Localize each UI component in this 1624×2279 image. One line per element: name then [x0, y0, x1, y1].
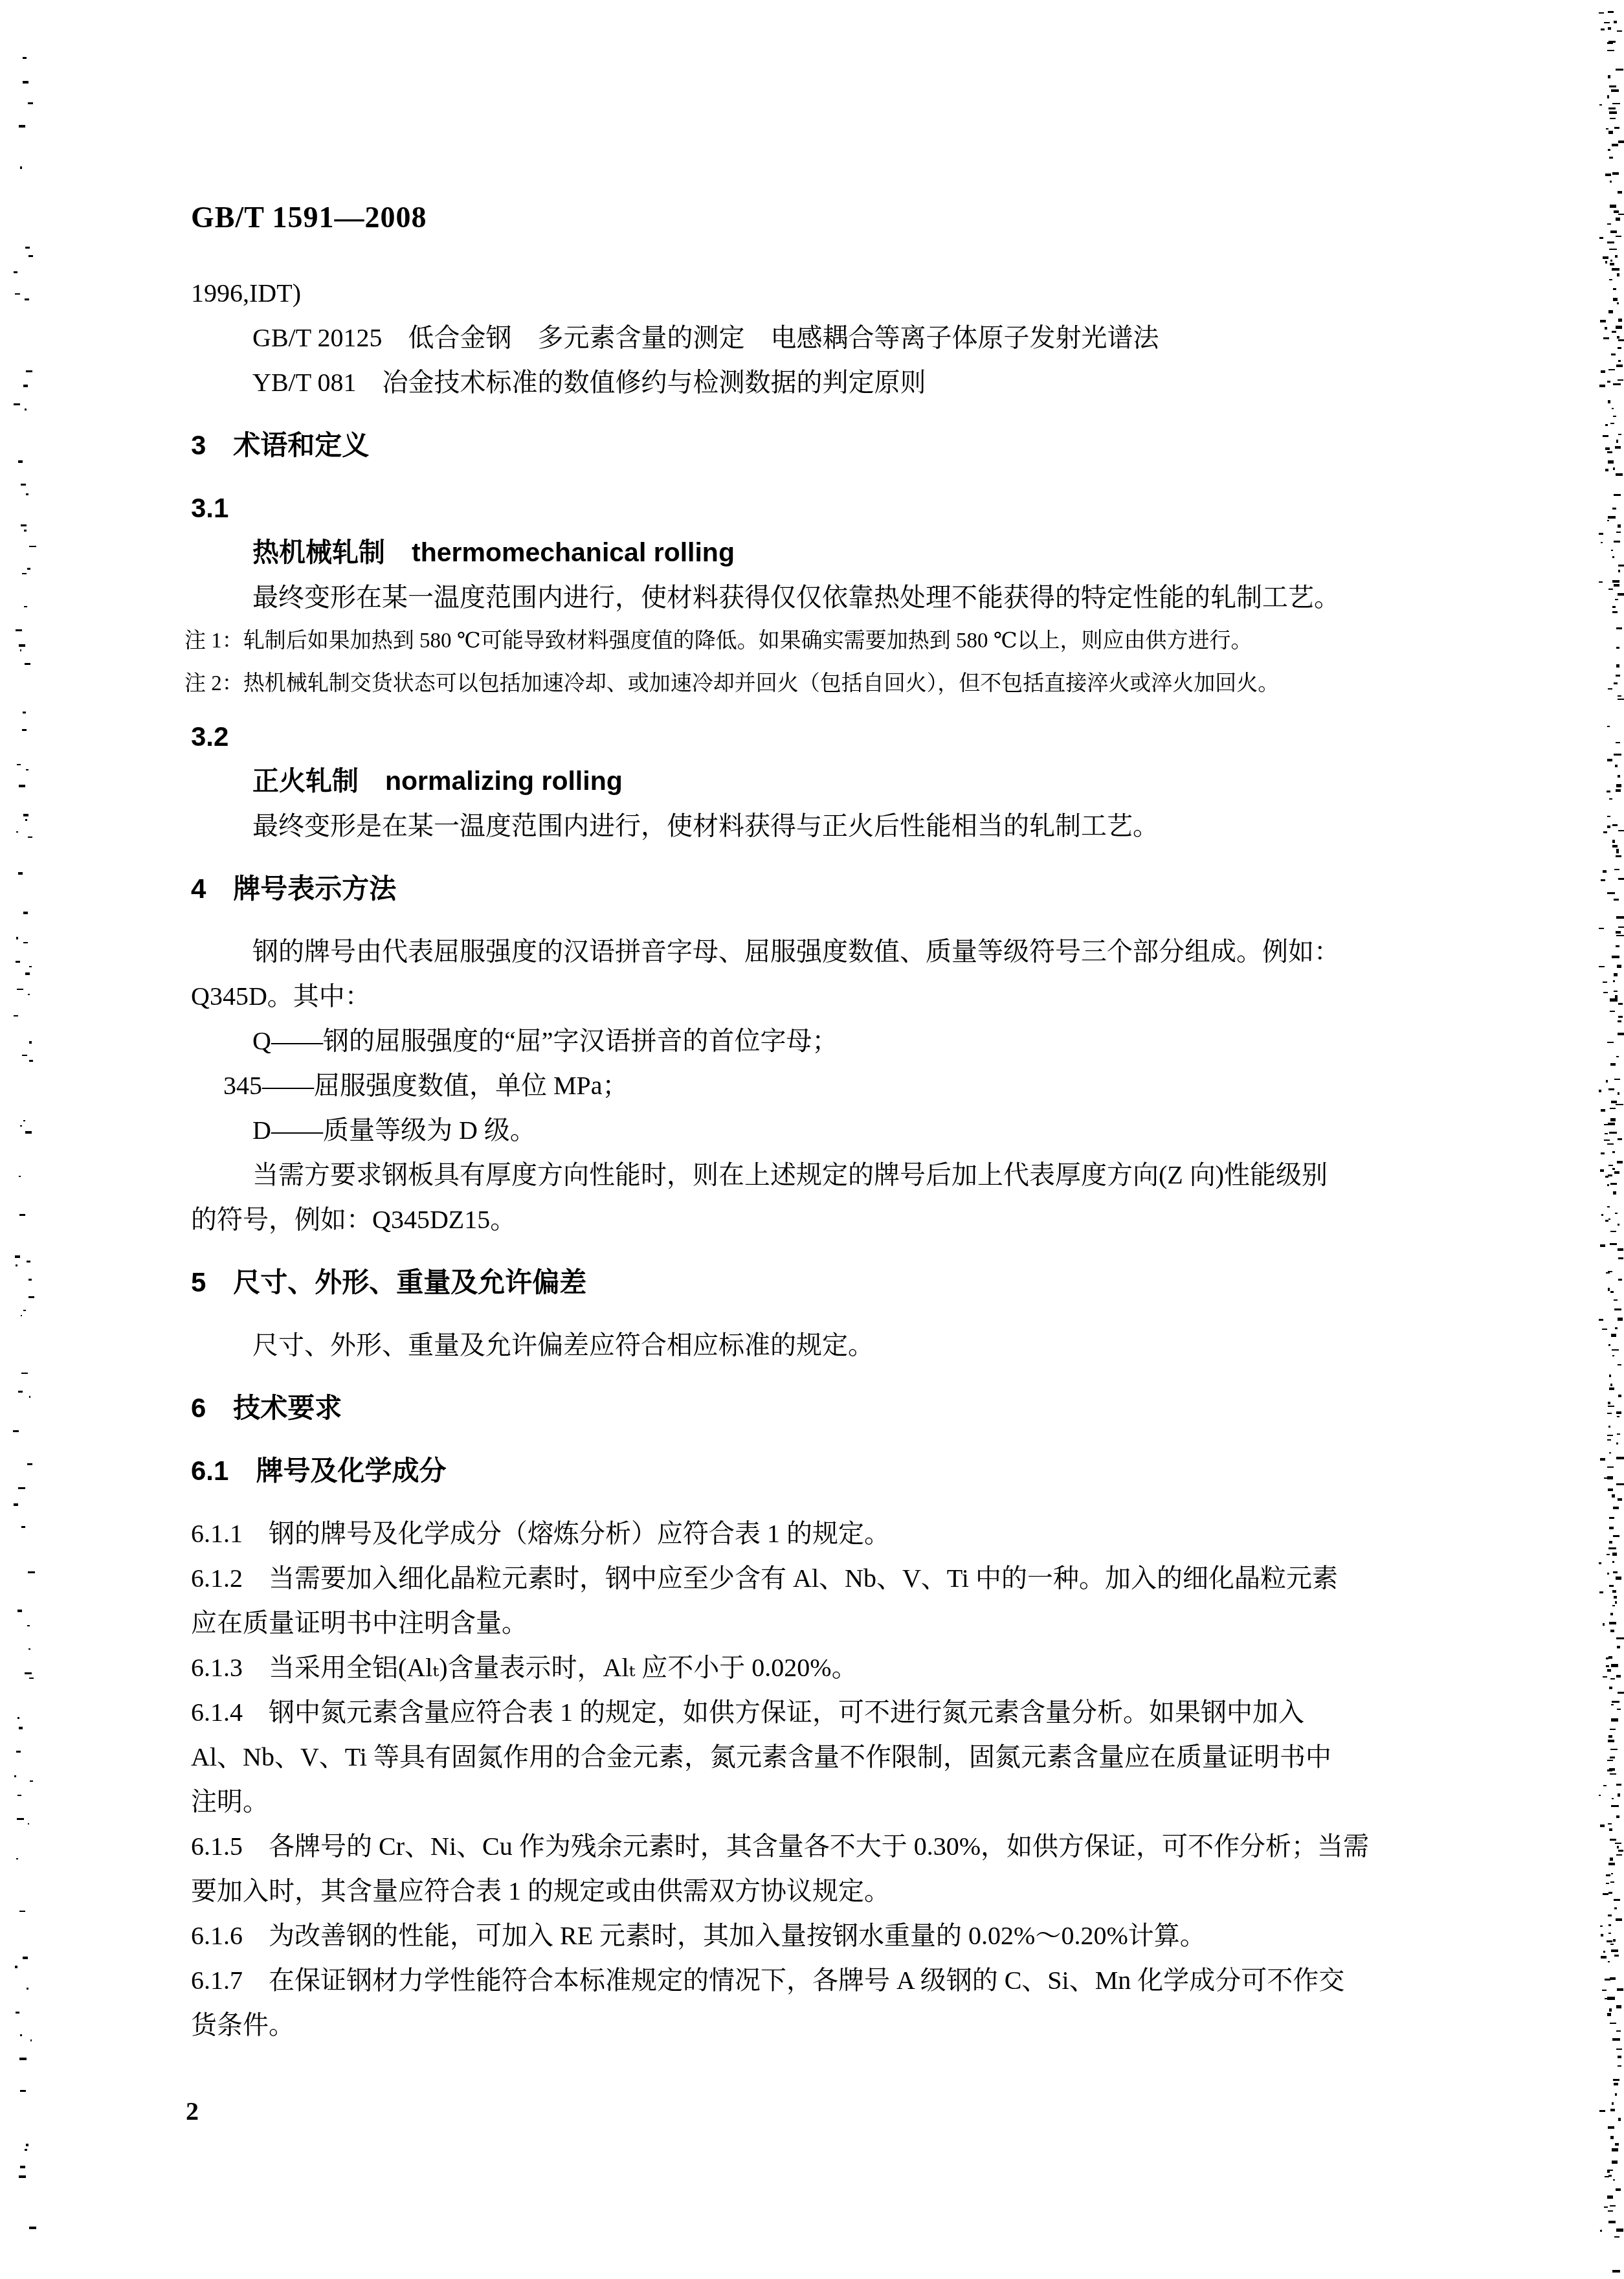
scan-noise-mark [25, 409, 27, 410]
term-normalizing-rolling: 正火轧制 normalizing rolling [191, 759, 1424, 803]
term-thermomechanical-rolling: 热机械轧制 thermomechanical rolling [191, 530, 1424, 575]
note-1: 注 1：轧制后如果加热到 580 ℃可能导致材料强度值的降低。如果确实需要加热到… [184, 620, 1424, 662]
scan-noise-mark [1616, 2228, 1623, 2232]
scan-noise-mark [1599, 2110, 1605, 2112]
scan-noise-mark [1617, 1846, 1619, 1848]
scan-noise-mark [1609, 1687, 1612, 1689]
scan-noise-mark [1616, 742, 1620, 743]
scan-noise-mark [1606, 1883, 1609, 1884]
scan-noise-mark [1613, 1571, 1618, 1573]
ref-ybt-081: YB/T 081 冶金技术标准的数值修约与检测数据的判定原则 [191, 360, 1424, 405]
scan-noise-mark [1605, 2176, 1609, 2177]
scan-noise-mark [1610, 1944, 1614, 1945]
scan-noise-mark [1608, 149, 1610, 151]
scan-noise-mark [1604, 1139, 1610, 1141]
scan-noise-mark [1618, 1257, 1623, 1259]
definition-normalizing-rolling: 最终变形是在某一温度范围内进行，使材料获得与正火后性能相当的轧制工艺。 [191, 803, 1424, 848]
scan-noise-mark [1608, 75, 1610, 78]
scan-noise-mark [25, 819, 27, 821]
scan-noise-mark [1607, 816, 1610, 817]
scan-noise-mark [1618, 1793, 1620, 1797]
scan-noise-mark [28, 1571, 35, 1573]
scan-noise-mark [1607, 2195, 1613, 2199]
scan-noise-mark [1616, 1443, 1618, 1444]
scan-noise-mark [1616, 1411, 1621, 1414]
scan-noise-mark [1616, 326, 1622, 329]
scan-noise-mark [1607, 1940, 1612, 1942]
scan-noise-mark [1615, 995, 1618, 998]
scan-noise-mark [1616, 647, 1619, 649]
scan-noise-mark [1616, 440, 1618, 443]
scan-noise-mark [1599, 928, 1604, 929]
scan-noise-mark [21, 484, 26, 486]
scan-noise-mark [1613, 288, 1616, 290]
scan-noise-mark [1614, 899, 1619, 901]
scan-noise-mark [1611, 354, 1616, 355]
scan-noise-mark [19, 1727, 23, 1729]
scan-noise-mark [14, 403, 20, 405]
scan-noise-mark [1612, 2102, 1614, 2105]
scan-noise-mark [1610, 1729, 1616, 1730]
clause-6-1-4-line-2: Al、Nb、V、Ti 等具有固氮作用的合金元素，氮元素含量不作限制，固氮元素含量… [191, 1735, 1424, 1779]
scan-noise-mark [1618, 1248, 1623, 1251]
scan-noise-mark [1605, 1176, 1608, 1178]
scan-noise-mark [19, 2175, 26, 2178]
scan-noise-mark [30, 1780, 33, 1782]
scan-noise-mark [14, 1775, 16, 1777]
scan-noise-mark [1607, 1997, 1615, 2000]
scan-noise-mark [1607, 1184, 1609, 1186]
scan-noise-mark [1618, 1016, 1623, 1018]
scan-noise-mark [1616, 1854, 1622, 1856]
scan-noise-mark [1608, 27, 1611, 30]
scan-noise-mark [1612, 331, 1616, 333]
scan-noise-mark [1609, 1622, 1616, 1624]
scan-noise-mark [1608, 369, 1615, 370]
scan-noise-mark [1616, 218, 1620, 221]
definition-thermomechanical-rolling: 最终变形在某一温度范围内进行，使材料获得仅仅依靠热处理不能获得的特定性能的轧制工… [191, 575, 1424, 620]
scan-noise-mark [1616, 931, 1621, 934]
scan-noise-mark [1612, 1798, 1614, 1799]
scan-noise-mark [1604, 1477, 1607, 1479]
scan-noise-mark [1606, 1657, 1608, 1659]
clause-6-1-5-line-1: 6.1.5 各牌号的 Cr、Ni、Cu 作为残余元素时，其含量各不大于 0.30… [191, 1824, 1424, 1869]
scan-noise-mark [1607, 1143, 1614, 1145]
scan-noise-mark [1616, 1483, 1624, 1485]
scan-noise-mark [1615, 2143, 1619, 2146]
scan-noise-mark [14, 1015, 18, 1016]
scanned-document-page: GB/T 1591—20081996,IDT)GB/T 20125 低合金钢 多… [0, 0, 1624, 2279]
scan-noise-mark [1616, 2049, 1622, 2050]
scan-noise-mark [1618, 926, 1624, 928]
scan-noise-mark [25, 1672, 32, 1674]
scan-noise-mark [14, 271, 17, 273]
scan-noise-mark [1610, 1384, 1612, 1386]
scan-noise-mark [18, 872, 23, 875]
scan-noise-mark [1610, 1839, 1616, 1841]
scan-noise-mark [1608, 1088, 1614, 1090]
scan-noise-mark [1599, 966, 1605, 967]
scan-noise-mark [1605, 447, 1610, 450]
scan-noise-mark [1618, 1092, 1619, 1095]
scan-noise-mark [1609, 1517, 1614, 1519]
scan-noise-mark [1607, 223, 1611, 225]
scan-noise-mark [1610, 118, 1616, 119]
scan-noise-mark [1608, 1924, 1611, 1926]
scan-noise-mark [14, 1503, 18, 1506]
scan-noise-mark [21, 1373, 28, 1374]
scan-noise-mark [1608, 2221, 1616, 2223]
scan-noise-mark [21, 524, 27, 526]
scan-noise-mark [1612, 2270, 1620, 2273]
scan-noise-mark [1606, 1874, 1610, 1876]
scan-noise-mark [1609, 1132, 1617, 1134]
scan-noise-mark [1614, 682, 1618, 684]
scan-noise-mark [1608, 1218, 1610, 1220]
scan-noise-mark [16, 937, 18, 939]
scan-noise-mark [1618, 1850, 1623, 1852]
scan-noise-mark [1599, 385, 1605, 387]
scan-noise-mark [1616, 1104, 1623, 1105]
scan-noise-mark [1612, 1701, 1619, 1703]
scan-noise-mark [16, 629, 22, 631]
scan-noise-mark [27, 1261, 30, 1263]
scan-noise-mark [1612, 1494, 1615, 1498]
scan-noise-mark [1611, 1664, 1618, 1667]
scan-noise-mark [20, 2034, 22, 2036]
scan-noise-mark [1610, 2109, 1615, 2111]
scan-noise-mark [1599, 1562, 1601, 1564]
scan-noise-mark [1610, 1858, 1613, 1861]
scan-noise-mark [1618, 565, 1624, 567]
scan-noise-mark [1617, 1416, 1619, 1417]
scan-noise-mark [1616, 664, 1619, 668]
scan-noise-mark [1614, 754, 1621, 756]
scan-noise-mark [1612, 840, 1615, 843]
scan-noise-mark [19, 2058, 27, 2060]
scan-noise-mark [1616, 1577, 1621, 1580]
scan-noise-mark [1612, 1561, 1614, 1563]
scan-noise-mark [1614, 127, 1619, 129]
scan-noise-mark [17, 1717, 19, 1719]
scan-noise-mark [1607, 520, 1609, 521]
scan-noise-mark [1615, 255, 1618, 258]
scan-noise-mark [23, 1310, 26, 1311]
scan-noise-mark [27, 1463, 32, 1465]
scan-noise-mark [1600, 1458, 1605, 1461]
scan-noise-mark [1615, 599, 1618, 600]
scan-noise-mark [1608, 688, 1612, 690]
scan-noise-mark [1603, 337, 1609, 339]
scan-noise-mark [1608, 589, 1613, 590]
scan-noise-mark [1605, 424, 1608, 426]
scan-noise-mark [1599, 1090, 1601, 1092]
scan-noise-mark [1610, 1243, 1617, 1245]
ref-gbt-20125: GB/T 20125 低合金钢 多元素含量的测定 电感耦合等离子体原子发射光谱法 [191, 315, 1424, 360]
scan-noise-mark [20, 2166, 25, 2168]
scan-noise-mark [26, 370, 32, 372]
scan-noise-mark [1610, 181, 1612, 183]
scan-noise-mark [1599, 1319, 1603, 1321]
scan-noise-mark [1609, 279, 1612, 280]
scan-noise-mark [1610, 1613, 1613, 1615]
scan-noise-mark [1607, 1435, 1613, 1436]
scan-noise-mark [19, 1176, 21, 1177]
scan-noise-mark [1610, 2205, 1616, 2206]
scan-noise-mark [15, 1966, 17, 1968]
scan-noise-mark [1617, 336, 1619, 339]
scan-noise-mark [1608, 1823, 1612, 1824]
scan-noise-mark [21, 1315, 22, 1316]
scan-noise-mark [1614, 2236, 1619, 2238]
scan-noise-mark [1618, 360, 1621, 362]
para-z-direction-line-1: 当需方要求钢板具有厚度方向性能时，则在上述规定的牌号后加上代表厚度方向(Z 向)… [191, 1152, 1424, 1197]
scan-noise-mark [1609, 1768, 1615, 1771]
scan-noise-mark [29, 546, 36, 547]
scan-noise-mark [1607, 241, 1614, 243]
scan-noise-mark [1613, 467, 1615, 470]
scan-noise-mark [1612, 408, 1614, 409]
scan-noise-mark [1609, 249, 1617, 250]
scan-noise-mark [1610, 263, 1614, 265]
scan-noise-mark [1616, 1815, 1619, 1818]
scan-noise-mark [1601, 1214, 1603, 1216]
scan-noise-mark [30, 2039, 32, 2041]
para-dimensions: 尺寸、外形、重量及允许偏差应符合相应标准的规定。 [191, 1323, 1424, 1367]
scan-noise-mark [27, 1988, 28, 1990]
scan-noise-mark [1618, 191, 1622, 194]
scan-noise-mark [1611, 89, 1619, 92]
scan-noise-mark [26, 769, 28, 770]
scan-noise-mark [1603, 1951, 1605, 1953]
scan-noise-mark [1612, 1553, 1617, 1556]
scan-noise-mark [1610, 1183, 1617, 1185]
scan-noise-mark [20, 166, 22, 169]
scan-noise-mark [16, 961, 20, 963]
scan-noise-mark [18, 460, 23, 463]
scan-noise-mark [1609, 798, 1612, 800]
scan-noise-mark [1612, 580, 1619, 583]
scan-noise-mark [1617, 302, 1619, 304]
scan-noise-mark [1618, 1279, 1622, 1281]
scan-noise-mark [28, 1296, 34, 1298]
section-4-heading: 4 牌号表示方法 [191, 866, 1424, 911]
scan-noise-mark [1614, 494, 1621, 496]
scan-noise-mark [1615, 1601, 1617, 1604]
scan-noise-mark [1612, 268, 1619, 271]
scan-noise-mark [1612, 2161, 1618, 2164]
scan-noise-mark [19, 1214, 25, 1216]
scan-noise-mark [1608, 1933, 1611, 1934]
scan-noise-mark [1616, 1637, 1624, 1639]
scan-noise-mark [1610, 1773, 1616, 1775]
scan-noise-mark [1607, 791, 1610, 792]
scan-noise-mark [25, 1131, 32, 1134]
scan-noise-mark [1614, 1171, 1619, 1174]
clause-6-1-4-line-1: 6.1.4 钢中氮元素含量应符合表 1 的规定，如供方保证，可不进行氮元素含量分… [191, 1690, 1424, 1735]
scan-noise-mark [1618, 2118, 1621, 2121]
scan-noise-mark [22, 729, 27, 731]
scan-noise-mark [28, 102, 33, 104]
scan-noise-mark [1607, 1206, 1610, 1207]
designation-item-q: Q——钢的屈服强度的“屈”字汉语拼音的首位字母； [191, 1018, 1424, 1063]
scan-noise-mark [1603, 1893, 1608, 1895]
scan-noise-mark [1616, 1056, 1619, 1057]
scan-noise-mark [1607, 1554, 1610, 1555]
scan-noise-mark [1607, 95, 1609, 98]
scan-noise-mark [1601, 1956, 1607, 1959]
scan-noise-mark [1608, 2126, 1614, 2129]
scan-noise-mark [17, 1610, 22, 1612]
scan-noise-mark [1618, 699, 1624, 700]
scan-noise-mark [1607, 50, 1614, 51]
scan-noise-mark [1618, 339, 1624, 341]
scan-noise-mark [15, 1255, 20, 1258]
scan-noise-mark [1606, 1665, 1609, 1667]
scan-noise-mark [1609, 1527, 1614, 1529]
scan-noise-mark [1608, 131, 1613, 134]
scan-noise-mark [1610, 423, 1614, 424]
scan-noise-mark [1604, 2206, 1608, 2208]
scan-noise-mark [20, 1125, 22, 1127]
scan-noise-mark [25, 663, 30, 665]
scan-noise-mark [1608, 11, 1614, 13]
scan-noise-mark [1610, 1757, 1615, 1758]
scan-noise-mark [1605, 1998, 1608, 1999]
designation-item-d: D——质量等级为 D 级。 [191, 1108, 1424, 1152]
scan-noise-mark [1610, 1118, 1616, 1121]
scan-noise-mark [1616, 2030, 1621, 2032]
scan-noise-mark [1612, 845, 1618, 848]
scan-noise-mark [1607, 451, 1612, 453]
scan-noise-mark [1617, 30, 1622, 32]
scan-noise-mark [1618, 1020, 1621, 1022]
scan-noise-mark [1610, 1678, 1615, 1679]
scan-noise-mark [1599, 533, 1603, 535]
scan-noise-mark [1603, 1785, 1607, 1786]
scan-noise-mark [1618, 214, 1624, 215]
clause-3-1-number: 3.1 [191, 486, 1424, 530]
scan-noise-mark [1616, 916, 1624, 919]
scan-noise-mark [1618, 1692, 1624, 1694]
scan-noise-mark [1608, 516, 1616, 519]
scan-noise-mark [1612, 611, 1618, 613]
scan-noise-mark [28, 1823, 29, 1824]
scan-noise-mark [1609, 1828, 1612, 1831]
scan-noise-mark [1618, 1224, 1619, 1226]
scan-noise-mark [1616, 1918, 1622, 1921]
scan-noise-mark [1610, 1749, 1618, 1750]
scan-noise-mark [1607, 381, 1610, 383]
scan-noise-mark [1615, 1843, 1621, 1844]
scan-noise-mark [1614, 1308, 1621, 1310]
scan-noise-mark [1600, 1824, 1605, 1827]
scan-noise-mark [1607, 42, 1613, 44]
scan-noise-mark [29, 1396, 30, 1398]
scan-noise-mark [1618, 1364, 1621, 1365]
document-body: GB/T 1591—20081996,IDT)GB/T 20125 低合金钢 多… [191, 201, 1424, 2047]
scan-noise-mark [29, 2227, 36, 2229]
scan-noise-mark [1608, 1165, 1613, 1166]
scan-noise-mark [1607, 1476, 1613, 1479]
scan-noise-mark [1603, 1623, 1605, 1626]
scan-noise-mark [17, 1795, 21, 1796]
scan-noise-mark [1610, 998, 1618, 1002]
scan-noise-mark [1608, 1547, 1616, 1549]
scan-noise-mark [1608, 1426, 1610, 1428]
scan-noise-mark [1611, 1101, 1617, 1103]
scan-noise-mark [1599, 237, 1603, 239]
scan-noise-mark [1606, 128, 1608, 129]
scan-noise-mark [1618, 593, 1624, 596]
scan-noise-mark [23, 942, 28, 943]
scan-noise-mark [23, 814, 28, 816]
note-2: 注 2：热机械轧制交货状态可以包括加速冷却、或加速冷却并回火（包括自回火），但不… [184, 662, 1424, 705]
scan-noise-mark [27, 1625, 30, 1626]
scan-noise-mark [1608, 310, 1613, 313]
scan-noise-mark [20, 2090, 26, 2092]
scan-noise-mark [1601, 879, 1605, 881]
scan-noise-mark [1603, 1676, 1607, 1678]
scan-noise-mark [1618, 1003, 1623, 1005]
scan-noise-mark [1614, 21, 1617, 23]
scan-noise-mark [1605, 1220, 1608, 1222]
designation-item-345: 345——屈服强度数值，单位 MPa； [191, 1063, 1424, 1108]
scan-noise-mark [1611, 1704, 1614, 1705]
scan-noise-mark [1612, 1590, 1616, 1593]
scan-noise-mark [1612, 2038, 1620, 2041]
scan-noise-mark [23, 81, 28, 84]
scan-noise-mark [1608, 1735, 1612, 1738]
scan-noise-mark [1610, 1063, 1616, 1066]
standard-code-header: GB/T 1591—2008 [191, 201, 1424, 234]
scan-noise-mark [1615, 765, 1618, 767]
scan-noise-mark [1613, 416, 1616, 417]
scan-noise-mark [1607, 1466, 1614, 1468]
scan-noise-mark [1617, 1646, 1620, 1648]
scan-noise-mark [1609, 85, 1616, 87]
scan-noise-mark [1605, 174, 1611, 176]
scan-noise-mark [1616, 627, 1622, 629]
scan-noise-mark [1618, 1318, 1623, 1321]
scan-noise-mark [1614, 541, 1620, 543]
scan-noise-mark [29, 1678, 34, 1679]
scan-noise-mark [1607, 726, 1610, 727]
scan-noise-mark [1612, 103, 1620, 104]
scan-noise-mark [1608, 1892, 1612, 1894]
scan-noise-mark [1607, 1413, 1612, 1414]
section-6-1-heading: 6.1 牌号及化学成分 [191, 1448, 1424, 1493]
scan-noise-mark [1617, 1433, 1620, 1435]
scan-noise-mark [1605, 1133, 1608, 1134]
scan-noise-mark [1616, 1784, 1621, 1786]
scan-noise-mark [1599, 581, 1603, 583]
page-number: 2 [186, 2096, 199, 2126]
scan-noise-mark [25, 298, 29, 300]
scan-noise-mark [1608, 1344, 1610, 1346]
scan-noise-mark [1618, 347, 1621, 349]
scan-noise-mark [1600, 1244, 1605, 1247]
scan-noise-mark [1615, 1327, 1618, 1329]
scan-noise-mark [1618, 1498, 1622, 1501]
scan-noise-mark [28, 1279, 32, 1281]
scan-noise-mark [1602, 1329, 1607, 1330]
scan-noise-mark [1607, 1769, 1612, 1771]
scan-noise-mark [1603, 831, 1607, 833]
scan-noise-mark [19, 644, 25, 647]
scan-noise-mark [1609, 1452, 1611, 1454]
scan-noise-mark [1618, 878, 1624, 880]
